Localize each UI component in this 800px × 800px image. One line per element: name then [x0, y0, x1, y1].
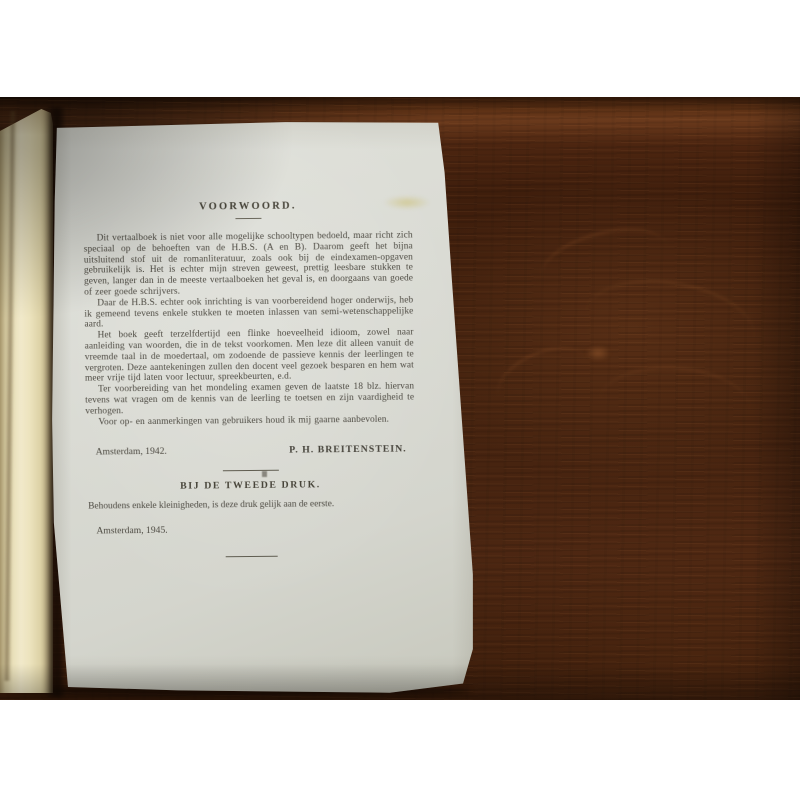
book-photo: VOORWOORD. Dit vertaalboek is niet voor …	[0, 97, 800, 700]
photo-vignette	[0, 97, 800, 700]
